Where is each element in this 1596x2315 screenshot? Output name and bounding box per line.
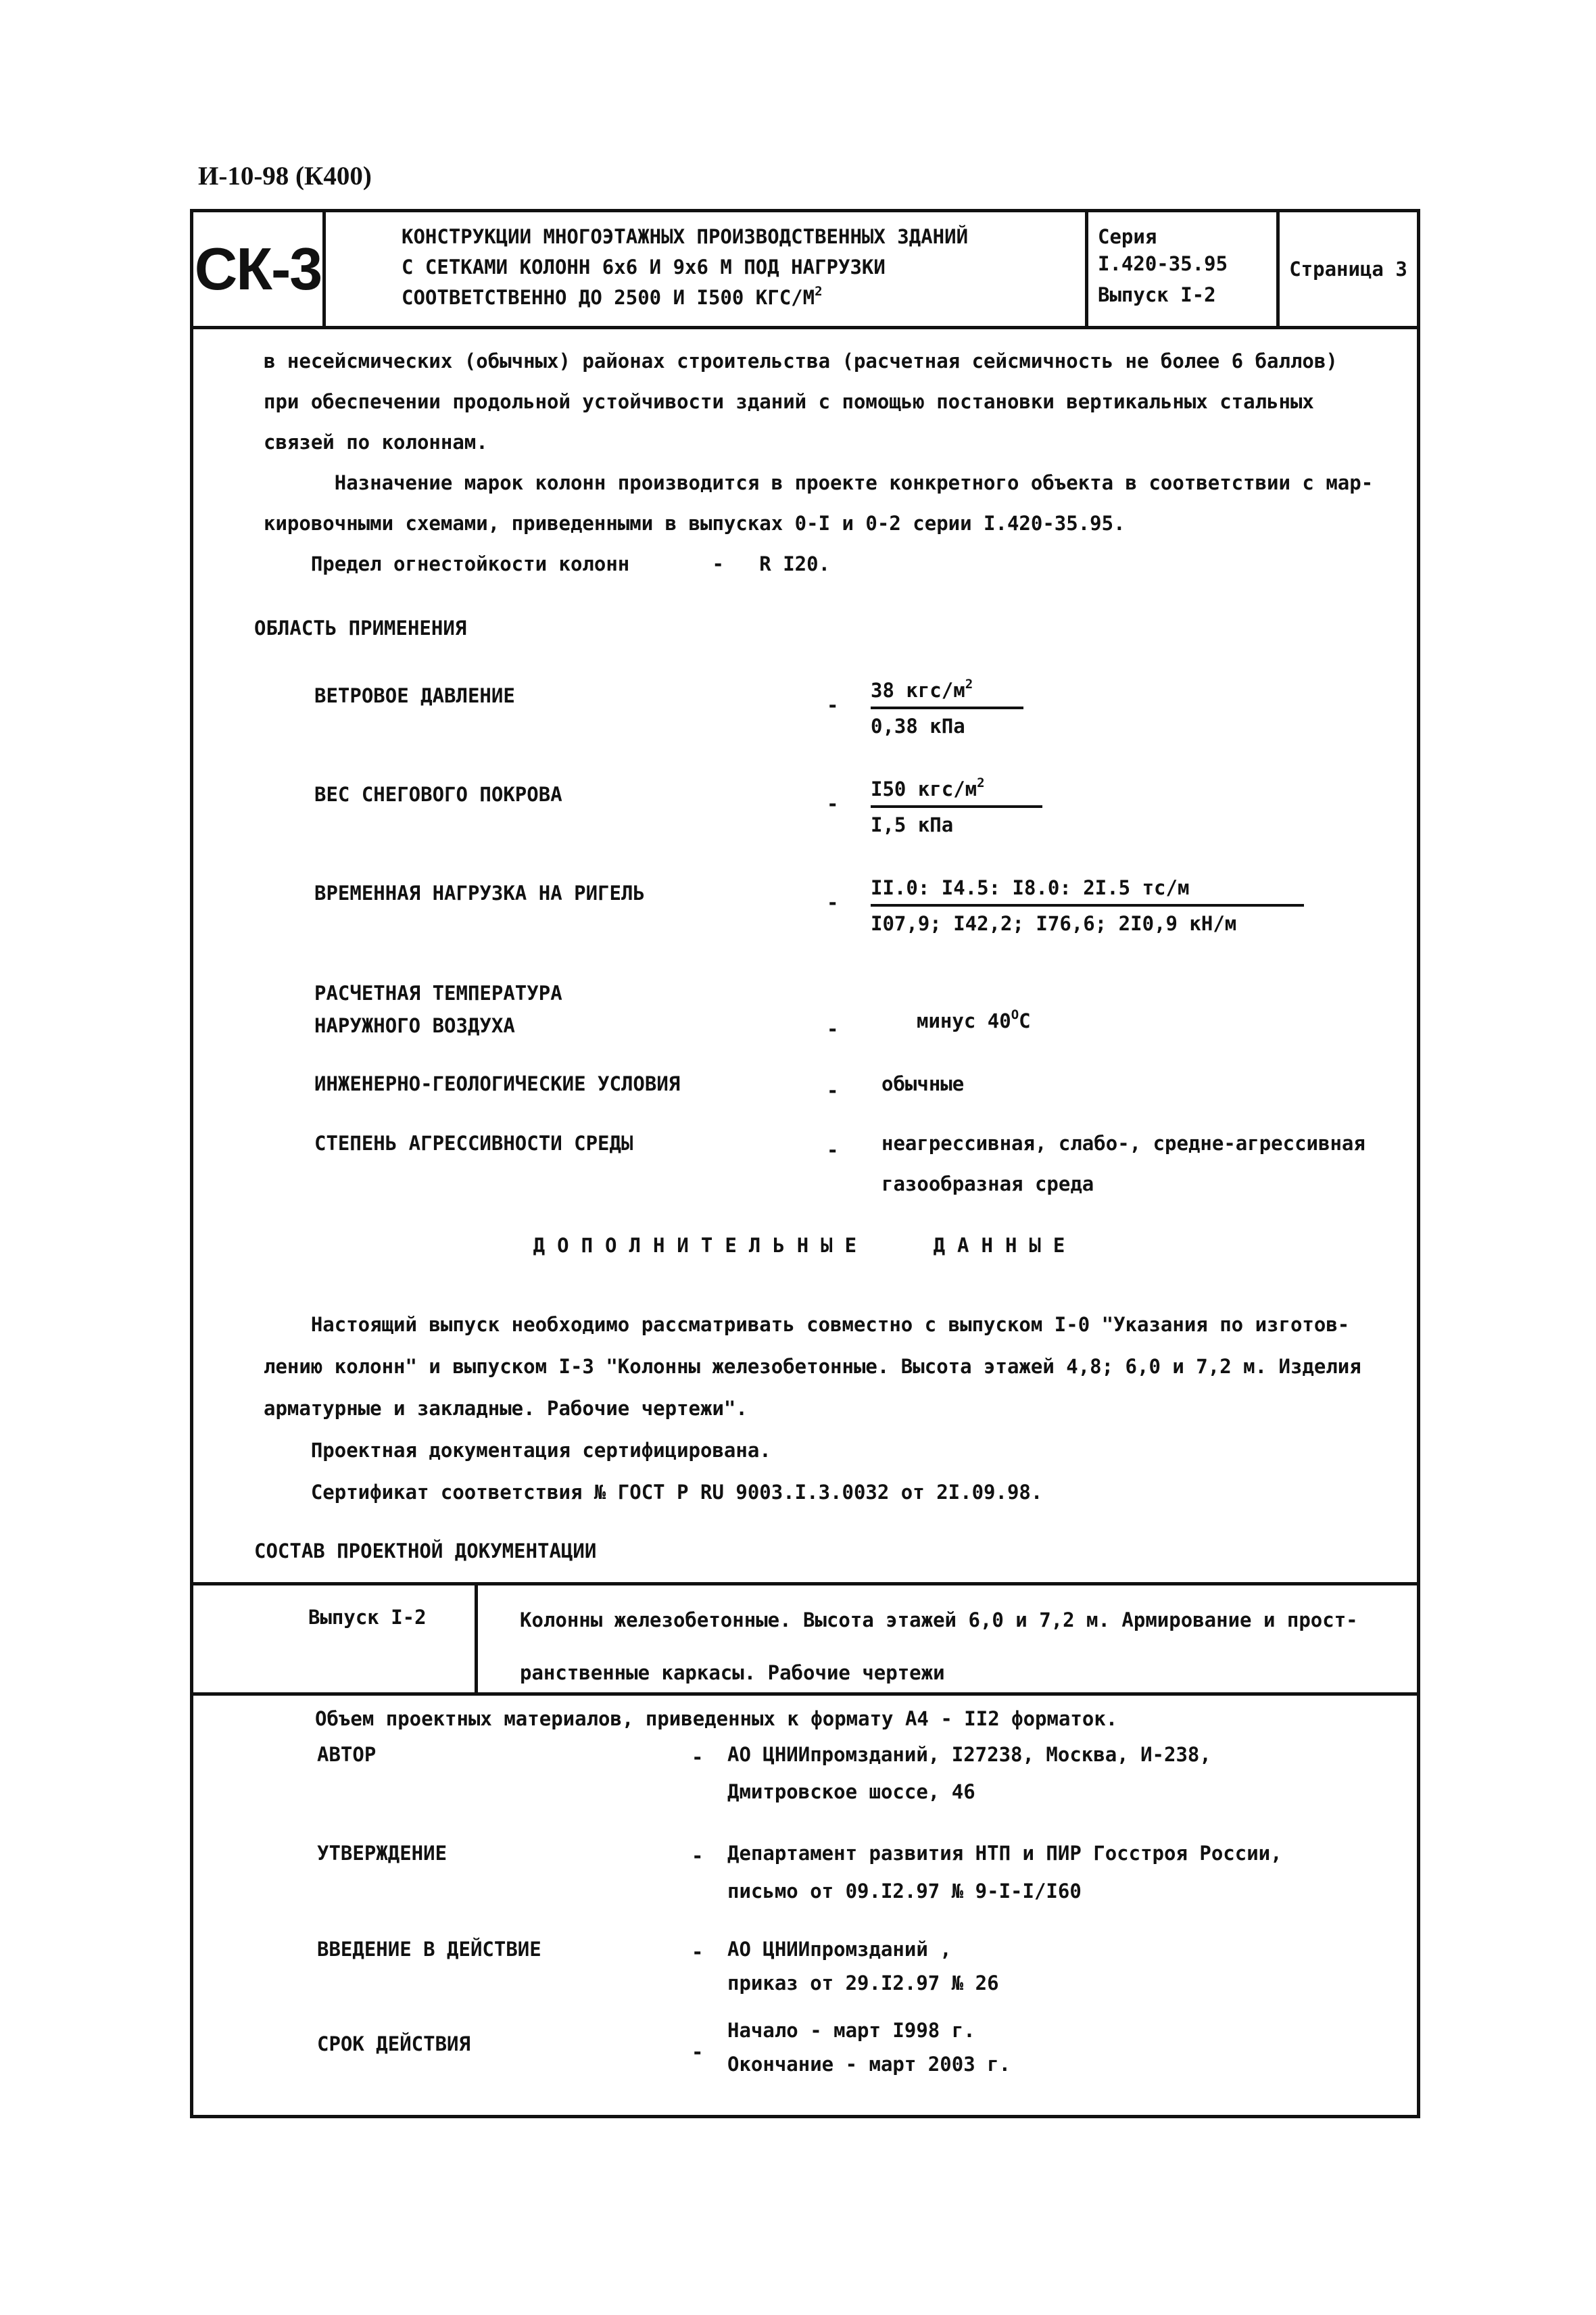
dash: - [827,694,838,717]
dash: - [827,1139,838,1162]
section-heading-application: ОБЛАСТЬ ПРИМЕНЕНИЯ [254,617,466,640]
composition-issue: Выпуск I-2 [308,1606,475,1629]
scanned-document-page: И-10-98 (К400) СК-3 КОНСТРУКЦИИ МНОГОЭТА… [0,0,1596,2315]
certification-line: Проектная документация сертифицирована. [264,1429,1361,1471]
dash: - [827,1018,838,1041]
form-title-cell: КОНСТРУКЦИИ МНОГОЭТАЖНЫХ ПРОИЗВОДСТВЕННЫ… [326,212,1085,326]
dash: - [692,1746,703,1769]
temperature-text: минус 40 [917,1009,1011,1032]
issue-number: Выпуск I-2 [1098,281,1276,308]
param-value-fraction: I50 кгс/м2 I,5 кПа [871,778,1042,837]
param-label-line-1: РАСЧЕТНАЯ ТЕМПЕРАТУРА [314,977,562,1009]
composition-issue-cell: Выпуск I-2 [193,1585,478,1692]
value-denominator: I,5 кПа [871,813,1042,837]
fire-resistance-line: Предел огнестойкости колонн - R I20. [264,544,1373,584]
intro-line: кировочными схемами, приведенными в выпу… [264,503,1373,544]
document-code-label: И-10-98 (К400) [198,161,372,191]
form-title-line-1: КОНСТРУКЦИИ МНОГОЭТАЖНЫХ ПРОИЗВОДСТВЕННЫ… [402,222,1085,252]
additional-data-paragraph: Настоящий выпуск необходимо рассматриват… [264,1304,1361,1513]
value-numerator: I50 кгс/м2 [871,778,1042,808]
form-title-line-2: С СЕТКАМИ КОЛОНН 6х6 И 9х6 М ПОД НАГРУЗК… [402,252,1085,283]
numerator-text: 38 кгс/м [871,679,965,702]
intro-paragraph: в несейсмических (обычных) районах строи… [264,341,1373,584]
composition-description-line-1: Колонны железобетонные. Высота этажей 6,… [520,1594,1417,1646]
numerator-text: I50 кгс/м [871,778,977,801]
form-code-cell: СК-3 [193,212,326,326]
credit-value-line-2: Дмитровское шоссе, 46 [727,1780,975,1804]
dash: - [827,792,838,816]
series-label: Серия [1098,223,1276,250]
param-label: СТЕПЕНЬ АГРЕССИВНОСТИ СРЕДЫ [314,1132,633,1155]
credit-value-line-1: Департамент развития НТП и ПИР Госстроя … [727,1842,1282,1865]
param-value: минус 40ОС [917,1009,1031,1033]
series-number: I.420-35.95 [1098,250,1276,277]
additional-line: арматурные и закладные. Рабочие чертежи"… [264,1387,1361,1429]
numerator-text: II.0: I4.5: I8.0: 2I.5 тс/м [871,876,1189,899]
additional-line: Настоящий выпуск необходимо рассматриват… [264,1304,1361,1345]
composition-table: Выпуск I-2 Колонны железобетонные. Высот… [193,1582,1417,1696]
credit-value-line-1: АО ЦНИИпромзданий , [727,1938,952,1961]
section-heading-composition: СОСТАВ ПРОЕКТНОЙ ДОКУМЕНТАЦИИ [254,1540,596,1563]
credit-value-line-2: приказ от 29.I2.97 № 26 [727,1972,999,1995]
param-value-line-1: неагрессивная, слабо-, средне-агрессивна… [881,1132,1365,1155]
credit-value-line-2: Окончание - март 2003 г. [727,2053,1011,2076]
dash: - [692,2040,703,2064]
dash: - [827,891,838,915]
credit-label: ВВЕДЕНИЕ В ДЕЙСТВИЕ [317,1938,541,1961]
credit-value-line-2: письмо от 09.I2.97 № 9-I-I/I60 [727,1880,1082,1903]
section-heading-additional-data: ДОПОЛНИТЕЛЬНЫЕ ДАННЫЕ [193,1234,1417,1258]
credit-value-line-1: АО ЦНИИпромзданий, I27238, Москва, И-238… [727,1743,1211,1767]
dash: - [692,1940,703,1964]
title-block: СК-3 КОНСТРУКЦИИ МНОГОЭТАЖНЫХ ПРОИЗВОДСТ… [193,212,1417,329]
credit-label: УТВЕРЖДЕНИЕ [317,1842,447,1865]
value-numerator: II.0: I4.5: I8.0: 2I.5 тс/м [871,876,1304,907]
composition-description-cell: Колонны железобетонные. Высота этажей 6,… [478,1585,1417,1692]
credit-label: СРОК ДЕЙСТВИЯ [317,2032,470,2056]
param-label: ВРЕМЕННАЯ НАГРУЗКА НА РИГЕЛЬ [314,882,645,905]
param-label: ВЕС СНЕГОВОГО ПОКРОВА [314,783,562,807]
value-denominator: I07,9; I42,2; I76,6; 2I0,9 кН/м [871,912,1304,936]
param-value-fraction: 38 кгс/м2 0,38 кПа [871,679,1023,738]
page-number: Страница 3 [1289,258,1407,281]
form-title-line-3: СООТВЕТСТВЕННО ДО 2500 И I500 КГС/М2 [402,283,1085,313]
intro-line: Назначение марок колонн производится в п… [264,462,1373,503]
series-cell: Серия I.420-35.95 Выпуск I-2 [1085,212,1276,326]
dash: - [827,1079,838,1103]
intro-line: в несейсмических (обычных) районах строи… [264,341,1373,381]
intro-line: при обеспечении продольной устойчивости … [264,381,1373,422]
param-value: обычные [881,1072,964,1096]
param-value-fraction: II.0: I4.5: I8.0: 2I.5 тс/м I07,9; I42,2… [871,876,1304,936]
composition-description-line-2: ранственные каркасы. Рабочие чертежи [520,1646,1417,1699]
credit-value-line-1: Начало - март I998 г. [727,2019,975,2043]
volume-line: Объем проектных материалов, приведенных … [315,1707,1117,1731]
temperature-unit: С [1019,1009,1030,1032]
param-label: ИНЖЕНЕРНО-ГЕОЛОГИЧЕСКИЕ УСЛОВИЯ [314,1072,680,1096]
param-label-line-2: НАРУЖНОГО ВОЗДУХА [314,1009,562,1042]
additional-line: лению колонн" и выпуском I-3 "Колонны же… [264,1345,1361,1387]
document-frame: СК-3 КОНСТРУКЦИИ МНОГОЭТАЖНЫХ ПРОИЗВОДСТ… [190,209,1420,2118]
param-label: РАСЧЕТНАЯ ТЕМПЕРАТУРА НАРУЖНОГО ВОЗДУХА [314,977,562,1042]
form-code: СК-3 [195,235,322,304]
credit-label: АВТОР [317,1743,376,1767]
dash: - [692,1844,703,1868]
page-number-cell: Страница 3 [1276,212,1417,326]
intro-line: связей по колоннам. [264,422,1373,462]
value-denominator: 0,38 кПа [871,715,1023,738]
param-value-line-2: газообразная среда [881,1172,1094,1196]
param-label: ВЕТРОВОЕ ДАВЛЕНИЕ [314,684,515,708]
value-numerator: 38 кгс/м2 [871,679,1023,709]
certificate-number-line: Сертификат соответствия № ГОСТ Р RU 9003… [264,1471,1361,1513]
form-title-line-3-text: СООТВЕТСТВЕННО ДО 2500 И I500 КГС/М [402,286,815,309]
